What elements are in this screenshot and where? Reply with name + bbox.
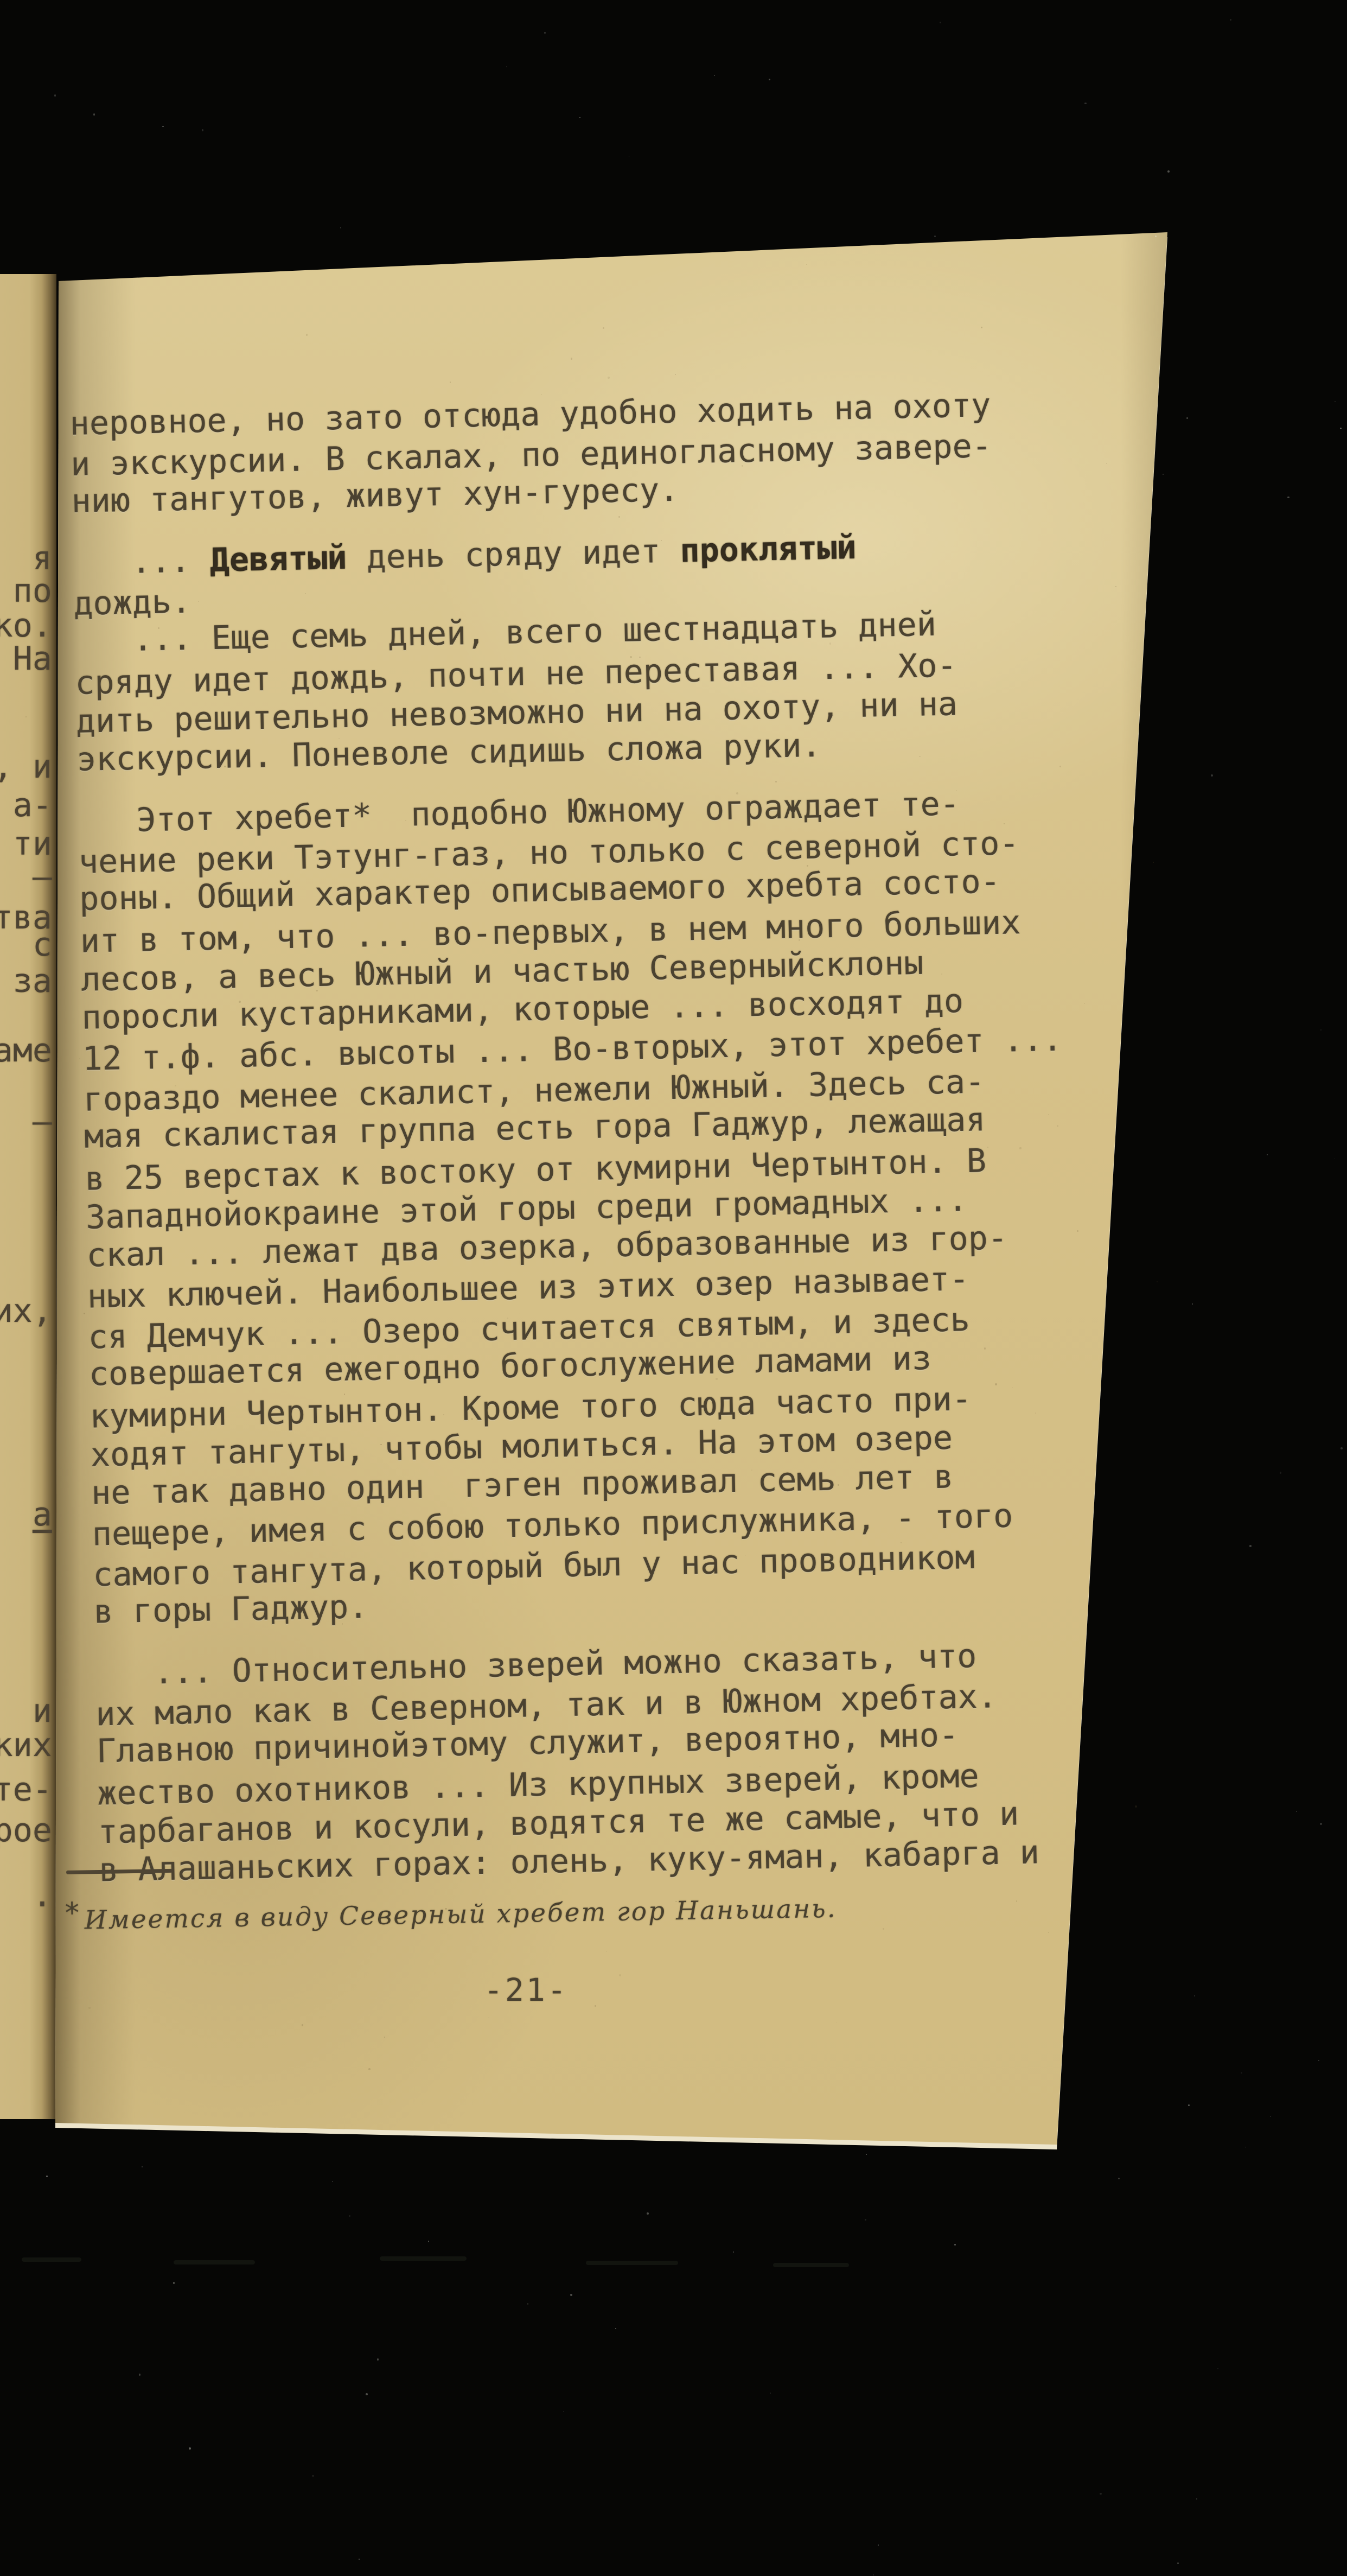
previous-page-text-fragment: за bbox=[13, 963, 52, 999]
dust-speck bbox=[1320, 1029, 1322, 1031]
dust-speck bbox=[769, 79, 770, 80]
previous-page-text-fragment: те- bbox=[0, 1772, 52, 1808]
previous-page-text-fragment: а- bbox=[13, 787, 52, 823]
photo-artifact-mark bbox=[773, 2263, 849, 2267]
page-number: -21- bbox=[484, 1971, 569, 2008]
dust-speck bbox=[714, 75, 715, 77]
previous-page-text-fragment: , и bbox=[0, 749, 52, 785]
dust-speck bbox=[93, 113, 95, 116]
dust-speck bbox=[770, 2393, 770, 2393]
text-segment: ... bbox=[72, 542, 210, 582]
dust-speck bbox=[878, 2545, 879, 2546]
previous-page-text-fragment: рое bbox=[0, 1812, 52, 1848]
dust-speck bbox=[1196, 2498, 1197, 2499]
paper-fiber bbox=[1135, 1805, 1137, 1808]
dust-speck bbox=[733, 2251, 734, 2253]
previous-page-text-fragment: — bbox=[33, 859, 52, 895]
text-block: неровное, но зато отсюда удобно ходить н… bbox=[69, 384, 1108, 1892]
previous-page-text-fragment: по bbox=[13, 573, 52, 609]
dust-speck bbox=[1241, 2072, 1242, 2073]
previous-page-text-fragment: На bbox=[13, 641, 52, 677]
dust-speck bbox=[1163, 474, 1164, 475]
dust-speck bbox=[506, 66, 507, 67]
dust-speck bbox=[1280, 1472, 1282, 1474]
dust-speck bbox=[359, 2559, 360, 2560]
dust-speck bbox=[629, 156, 629, 157]
paper-fiber bbox=[1157, 1281, 1158, 1282]
footnote-divider bbox=[66, 1869, 173, 1874]
previous-page-text-fragment: я bbox=[33, 540, 52, 576]
previous-page-text-fragment: — bbox=[33, 1104, 52, 1140]
photo-artifact-mark bbox=[22, 2257, 81, 2262]
dust-speck bbox=[866, 2154, 867, 2155]
dust-speck bbox=[1245, 2147, 1246, 2148]
dust-speck bbox=[873, 2574, 874, 2575]
dust-speck bbox=[377, 2358, 379, 2361]
dust-speck bbox=[333, 2181, 334, 2182]
previous-page-text-fragment: . bbox=[33, 1878, 52, 1913]
dust-speck bbox=[564, 2411, 565, 2412]
dust-speck bbox=[1287, 497, 1289, 499]
dust-speck bbox=[1192, 1303, 1193, 1305]
dust-speck bbox=[1194, 1995, 1195, 1996]
dust-speck bbox=[1296, 1811, 1297, 1812]
paragraph: ... Относительно зверей можно сказать, ч… bbox=[94, 1634, 1108, 1892]
dust-speck bbox=[527, 2303, 529, 2305]
dust-speck bbox=[1118, 2178, 1120, 2179]
dust-speck bbox=[139, 2374, 141, 2375]
dust-speck bbox=[940, 22, 941, 23]
dust-speck bbox=[428, 2241, 430, 2242]
dust-speck bbox=[1177, 2562, 1179, 2565]
footnote: *Имеется в виду Северный хребет гор Нань… bbox=[63, 1858, 878, 1936]
dust-speck bbox=[1249, 1545, 1251, 1547]
photo-artifact-mark bbox=[586, 2261, 678, 2265]
dust-speck bbox=[954, 2244, 956, 2246]
dust-speck bbox=[1167, 170, 1170, 173]
double-struck-word: Девятый bbox=[209, 539, 347, 580]
previous-page-text-fragment: аме bbox=[0, 1033, 52, 1068]
dust-speck bbox=[340, 227, 342, 228]
dust-speck bbox=[1334, 1159, 1335, 1159]
dust-speck bbox=[570, 2294, 572, 2296]
previous-page-text-fragment: ких bbox=[0, 1727, 52, 1763]
dust-speck bbox=[1186, 417, 1188, 419]
footnote-marker: * bbox=[63, 1897, 82, 1930]
dust-speck bbox=[1230, 19, 1231, 21]
dust-speck bbox=[1084, 103, 1087, 105]
text-segment: день сряду идет bbox=[347, 532, 680, 576]
dust-speck bbox=[142, 2166, 143, 2167]
dust-speck bbox=[615, 2328, 616, 2329]
dust-speck bbox=[54, 94, 56, 96]
dust-speck bbox=[1320, 1823, 1322, 1824]
dust-speck bbox=[173, 2282, 175, 2284]
paragraph: ... Девятый день сряду идет проклятыйдож… bbox=[72, 524, 1086, 781]
dust-speck bbox=[46, 2176, 48, 2177]
dust-speck bbox=[544, 32, 546, 34]
previous-page-text-fragment: рих, bbox=[0, 1293, 52, 1329]
dust-speck bbox=[1217, 2368, 1218, 2369]
dust-speck bbox=[189, 2447, 191, 2450]
footnote-text: *Имеется в виду Северный хребет гор Нань… bbox=[63, 1884, 878, 1936]
book-photo: япоеко.На, иа-ти—твасзааме—рих,аикихте-р… bbox=[0, 0, 1347, 2576]
previous-page-text-fragment: с bbox=[33, 927, 52, 963]
previous-page-text-fragment: ти bbox=[13, 826, 52, 862]
dust-speck bbox=[579, 117, 580, 118]
dust-speck bbox=[1267, 1154, 1268, 1155]
paragraph: неровное, но зато отсюда удобно ходить н… bbox=[69, 384, 1081, 523]
previous-page-edge: япоеко.На, иа-ти—твасзааме—рих,аикихте-р… bbox=[0, 274, 56, 2119]
dust-speck bbox=[349, 2215, 350, 2217]
dust-speck bbox=[1188, 2104, 1190, 2106]
dust-speck bbox=[647, 2212, 649, 2215]
previous-page-text-fragment: а bbox=[33, 1497, 52, 1532]
dust-speck bbox=[865, 2219, 866, 2221]
photo-artifact-mark bbox=[380, 2256, 467, 2261]
dust-speck bbox=[202, 129, 203, 131]
dust-speck bbox=[312, 2475, 314, 2477]
paragraph: Этот хребет* подобно Южному ограждает те… bbox=[78, 782, 1103, 1634]
dust-speck bbox=[162, 126, 164, 128]
dust-speck bbox=[1211, 774, 1213, 777]
paper-fiber bbox=[1153, 862, 1154, 863]
dust-speck bbox=[1271, 2116, 1271, 2117]
dust-speck bbox=[1340, 1447, 1342, 1449]
photo-artifact-mark bbox=[174, 2260, 255, 2265]
dust-speck bbox=[1340, 428, 1342, 429]
dust-speck bbox=[934, 236, 936, 237]
double-struck-word: проклятый bbox=[680, 529, 857, 570]
previous-page-text-fragment: и bbox=[33, 1693, 52, 1729]
previous-page-text-fragment: еко. bbox=[0, 608, 52, 644]
dust-speck bbox=[1318, 2060, 1319, 2061]
dust-speck bbox=[1100, 2493, 1101, 2495]
dust-speck bbox=[1335, 402, 1336, 403]
footnote-body: Имеется в виду Северный хребет гор Наньш… bbox=[84, 1894, 837, 1936]
book-page: неровное, но зато отсюда удобно ходить н… bbox=[54, 231, 1170, 2146]
dust-speck bbox=[366, 2393, 368, 2395]
